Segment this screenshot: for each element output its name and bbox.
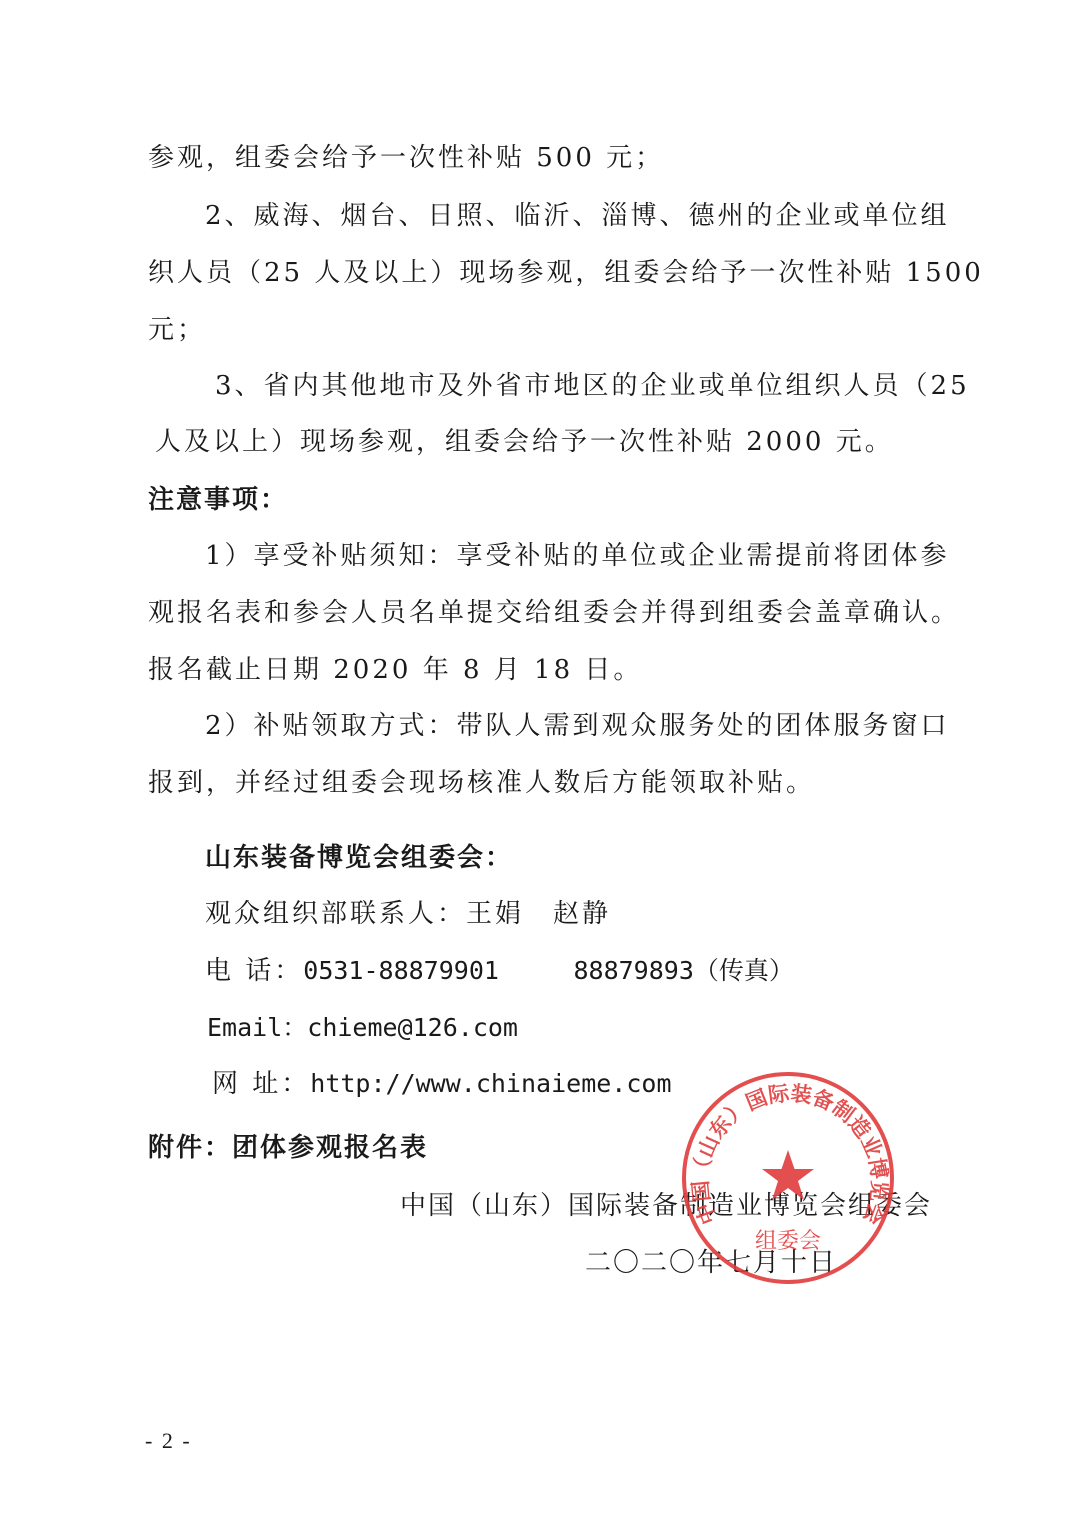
paragraph-line: 织人员（25 人及以上）现场参观，组委会给予一次性补贴 1500 (148, 255, 984, 291)
note-line: 观报名表和参会人员名单提交给组委会并得到组委会盖章确认。 (148, 595, 960, 631)
note-line: 2）补贴领取方式：带队人需到观众服务处的团体服务窗口 (205, 708, 950, 744)
note-line: 1）享受补贴须知：享受补贴的单位或企业需提前将团体参 (205, 538, 950, 574)
phone-label: 电 话： (205, 956, 303, 986)
website-row: 网 址：http://www.chinaieme.com (212, 1066, 672, 1102)
website-label: 网 址： (212, 1069, 310, 1099)
email-label: Email： (207, 1013, 307, 1042)
note-line: 报到，并经过组委会现场核准人数后方能领取补贴。 (148, 765, 815, 801)
paragraph-line: 元； (148, 312, 206, 348)
organizer-heading: 山东装备博览会组委会： (205, 840, 513, 876)
paragraph-line: 3、省内其他地市及外省市地区的企业或单位组织人员（25 (215, 368, 970, 404)
note-line: 报名截止日期 2020 年 8 月 18 日。 (148, 652, 642, 688)
phone-row: 电 话：0531-88879901 88879893（传真） (205, 953, 794, 989)
attachment-note: 附件：团体参观报名表 (148, 1130, 428, 1166)
page-number: - 2 - (145, 1428, 192, 1454)
signature-organization: 中国（山东）国际装备制造业博览会组委会 (400, 1188, 932, 1224)
paragraph-line: 2、威海、烟台、日照、临沂、淄博、德州的企业或单位组 (205, 198, 950, 234)
paragraph-line: 参观，组委会给予一次性补贴 500 元； (148, 140, 664, 176)
contact-person: 观众组织部联系人：王娟 赵静 (205, 896, 611, 932)
paragraph-line: 人及以上）现场参观，组委会给予一次性补贴 2000 元。 (155, 424, 894, 460)
phone-number: 0531-88879901 (303, 956, 499, 985)
fax-number: 88879893（传真） (573, 956, 793, 985)
signature-date: 二〇二〇年七月十日 (585, 1245, 837, 1281)
notes-heading: 注意事项： (148, 482, 288, 518)
email-link[interactable]: chieme@126.com (307, 1013, 518, 1042)
email-row: Email：chieme@126.com (207, 1010, 518, 1046)
website-link[interactable]: http://www.chinaieme.com (310, 1069, 671, 1098)
